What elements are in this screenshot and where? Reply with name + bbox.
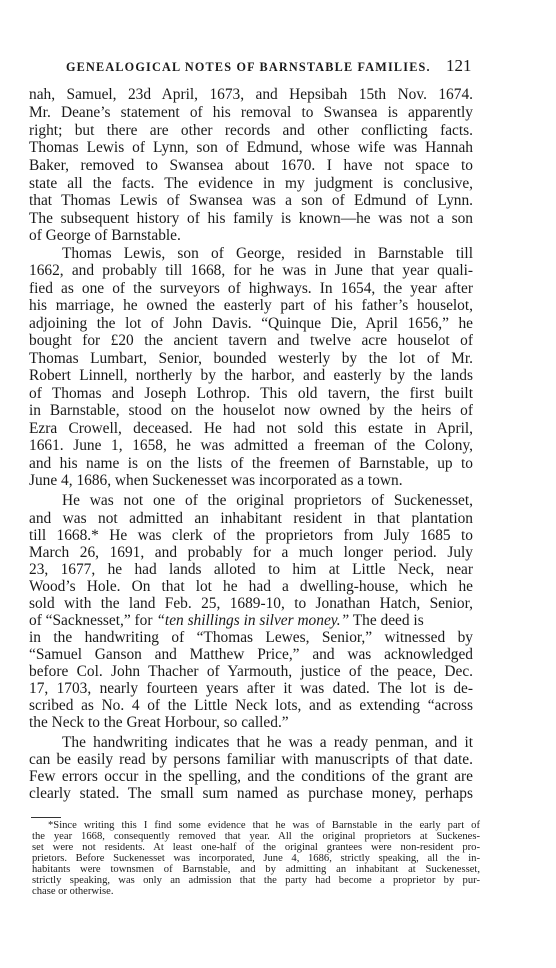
text-line: in the handwriting of “Thomas Lewes, Sen… <box>29 629 473 647</box>
paragraph-start: Thomas Lewis, son of George, resided in … <box>62 245 473 263</box>
text-line: Mr. Deane’s statement of his removal to … <box>29 104 473 122</box>
text-line: clearly stated. The small sum named as p… <box>29 785 473 803</box>
text-line: 1661. June 1, 1658, he was admitted a fr… <box>29 437 473 455</box>
text-line: 1662, and probably till 1668, for he was… <box>29 262 473 280</box>
text-line: in Barnstable, stood on the houselot now… <box>29 402 473 420</box>
text-line: Thomas Lumbart, Senior, bounded westerly… <box>29 350 473 368</box>
text-line: the Neck to the Great Horbour, so called… <box>29 714 473 732</box>
text-line: Baker, removed to Swansea about 1670. I … <box>29 157 473 175</box>
text-line: June 4, 1686, when Suckenesset was incor… <box>29 472 473 490</box>
text-line: Wood’s Hole. On that lot he had a dwelli… <box>29 578 473 596</box>
text-line: 23, 1677, he had lands alloted to him at… <box>29 561 473 579</box>
text-line: bought for £20 the ancient tavern and tw… <box>29 332 473 350</box>
text-line: Thomas Lewis of Lynn, son of Edmund, who… <box>29 139 473 157</box>
text-line: and was not admitted an inhabitant resid… <box>29 510 473 528</box>
text-line: scribed as No. 4 of the Little Neck lots… <box>29 697 473 715</box>
running-title: GENEALOGICAL NOTES OF BARNSTABLE FAMILIE… <box>66 60 476 75</box>
text-line: “Samuel Ganson and Matthew Price,” and w… <box>29 646 473 664</box>
text-line: March 26, 1691, and probably for a much … <box>29 544 473 562</box>
footnote-rule <box>31 817 61 818</box>
text-line: The subsequent history of his family is … <box>29 210 473 228</box>
text-line: of Thomas and Joseph Lothrop. This old t… <box>29 385 473 403</box>
text-line: before Col. John Thacher of Yarmouth, ju… <box>29 663 473 681</box>
text-line: nah, Samuel, 23d April, 1673, and Hepsib… <box>29 86 473 104</box>
text-fragment: The deed is <box>349 612 424 629</box>
text-line: adjoining the lot of John Davis. “Quinqu… <box>29 315 473 333</box>
text-line: Ezra Crowell, deceased. He had not sold … <box>29 420 473 438</box>
text-fragment: of “Sacknesset,” for <box>29 612 156 629</box>
italic-quote: “ten shillings in silver money.” <box>156 612 349 629</box>
paragraph-start: He was not one of the original proprieto… <box>62 492 473 510</box>
text-line: sold with the land Feb. 25, 1689-10, to … <box>29 595 473 613</box>
text-line: till 1668.* He was clerk of the propriet… <box>29 527 473 545</box>
text-line: and his name is on the lists of the free… <box>29 455 473 473</box>
text-line: of George of Barnstable. <box>29 227 473 245</box>
footnote-line: chase or otherwise. <box>32 886 480 898</box>
page-number: 121 <box>446 56 472 76</box>
paragraph-start: The handwriting indicates that he was a … <box>62 734 473 752</box>
text-line: can be easily read by persons familiar w… <box>29 751 473 769</box>
text-line: that Thomas Lewis of Swansea was a son o… <box>29 192 473 210</box>
text-line: his marriage, he owned the easterly part… <box>29 297 473 315</box>
text-line: 17, 1703, nearly fourteen years after it… <box>29 680 473 698</box>
text-line: Few errors occur in the spelling, and th… <box>29 768 473 786</box>
text-line: Robert Linnell, northerly by the harbor,… <box>29 367 473 385</box>
text-line: state all the facts. The evidence in my … <box>29 175 473 193</box>
text-line: right; but there are other records and o… <box>29 122 473 140</box>
text-line: fied as one of the surveyors of highways… <box>29 280 473 298</box>
text-line-with-quote: of “Sacknesset,” for “ten shillings in s… <box>29 612 473 630</box>
